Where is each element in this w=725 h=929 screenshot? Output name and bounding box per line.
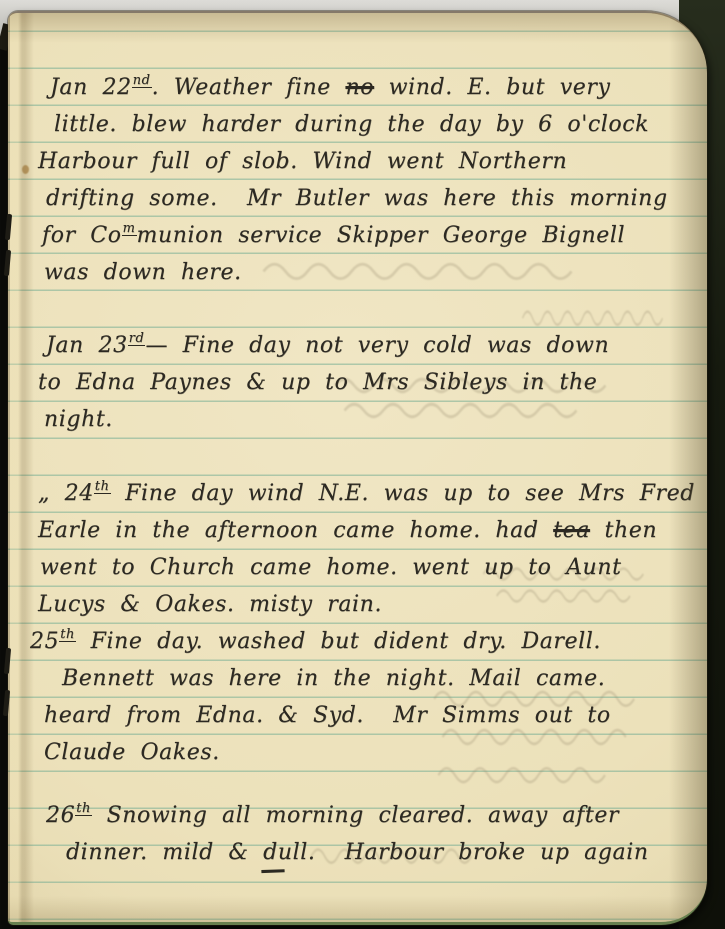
inserted-letter: m [122, 223, 137, 236]
diary-text: Fine day wind N.E. was up to see Mrs Fre… [111, 481, 695, 506]
diary-line: little. blew harder during the day by 6 … [54, 106, 683, 143]
diary-line: dinner. mild & dull. Harbour broke up ag… [66, 834, 683, 871]
diary-line: Harbour full of slob. Wind went Northern [38, 143, 683, 180]
diary-text: 25 [30, 629, 59, 654]
diary-text: to Edna Paynes & up to Mrs Sibleys in th… [38, 370, 597, 395]
diary-text: Jan 23 [46, 333, 128, 358]
diary-text: went to Church came home. went up to Aun… [40, 555, 622, 580]
diary-line: was down here. [44, 254, 683, 291]
diary-text: was down here. [44, 260, 242, 285]
diary-text: Harbour full of slob. Wind went Northern [38, 149, 567, 174]
diary-text: 26 [46, 803, 75, 828]
footer-dash: — [259, 855, 286, 886]
diary-line: 25th Fine day. washed but dident dry. Da… [30, 623, 683, 660]
diary-text: . Weather fine [152, 75, 346, 100]
diary-line: Bennett was here in the night. Mail came… [62, 660, 683, 697]
diary-text: Jan 22 [50, 75, 132, 100]
diary-text: Fine day. washed but dident dry. Darell. [76, 629, 601, 654]
diary-line: heard from Edna. & Syd. Mr Simms out to [44, 697, 683, 734]
date-superscript: th [94, 481, 111, 494]
notebook-page: Jan 22nd. Weather fine no wind. E. but v… [8, 11, 707, 925]
diary-line: went to Church came home. went up to Aun… [40, 549, 683, 586]
diary-line: night. [44, 401, 683, 438]
diary-text: Lucys & Oakes. misty rain. [38, 592, 382, 617]
diary-line: Jan 23rd— Fine day not very cold was dow… [46, 327, 683, 364]
diary-line: for Communion service Skipper George Big… [42, 217, 683, 254]
diary-entry-jan-22: Jan 22nd. Weather fine no wind. E. but v… [38, 69, 683, 291]
date-superscript: th [59, 629, 76, 642]
diary-text: for Co [42, 223, 122, 248]
diary-text: heard from Edna. & Syd. Mr Simms out to [44, 703, 611, 728]
diary-line: to Edna Paynes & up to Mrs Sibleys in th… [38, 364, 683, 401]
diary-text: drifting some. Mr Butler was here this m… [46, 186, 668, 211]
diary-text: Earle in the afternoon came home. had [38, 518, 553, 543]
diary-line: Jan 22nd. Weather fine no wind. E. but v… [50, 69, 683, 106]
diary-line: drifting some. Mr Butler was here this m… [46, 180, 683, 217]
diary-entry-26: 26th Snowing all morning cleared. away a… [38, 797, 683, 871]
notebook-photo: Jan 22nd. Weather fine no wind. E. but v… [0, 0, 725, 929]
diary-entry-25: 25th Fine day. washed but dident dry. Da… [38, 623, 683, 771]
diary-entry-jan-23: Jan 23rd— Fine day not very cold was dow… [38, 327, 683, 438]
diary-line: 26th Snowing all morning cleared. away a… [46, 797, 683, 834]
diary-line: „ 24th Fine day wind N.E. was up to see … [38, 475, 683, 512]
diary-line: Lucys & Oakes. misty rain. [38, 586, 683, 623]
stain [22, 165, 29, 174]
diary-text: Claude Oakes. [44, 740, 220, 765]
struck-word: tea [553, 518, 590, 543]
diary-entry-24: „ 24th Fine day wind N.E. was up to see … [38, 475, 683, 623]
diary-text: „ 24 [38, 481, 94, 506]
date-superscript: th [75, 803, 92, 816]
diary-text: Bennett was here in the night. Mail came… [62, 666, 605, 691]
struck-word: no [345, 75, 374, 100]
diary-text: night. [44, 407, 113, 432]
diary-text: dinner. mild & dull. Harbour broke up ag… [66, 840, 649, 865]
diary-text: little. blew harder during the day by 6 … [54, 112, 649, 137]
diary-text: Snowing all morning cleared. away after [92, 803, 619, 828]
diary-text: munion service Skipper George Bignell [137, 223, 626, 248]
diary-line: Earle in the afternoon came home. had te… [38, 512, 683, 549]
ink-showthrough [520, 305, 670, 327]
date-superscript: rd [128, 333, 146, 346]
diary-line: Claude Oakes. [44, 734, 683, 771]
diary-text: then [590, 518, 657, 543]
diary-text: — Fine day not very cold was down [145, 333, 609, 358]
date-superscript: nd [132, 75, 152, 88]
diary-text: wind. E. but very [374, 75, 610, 100]
